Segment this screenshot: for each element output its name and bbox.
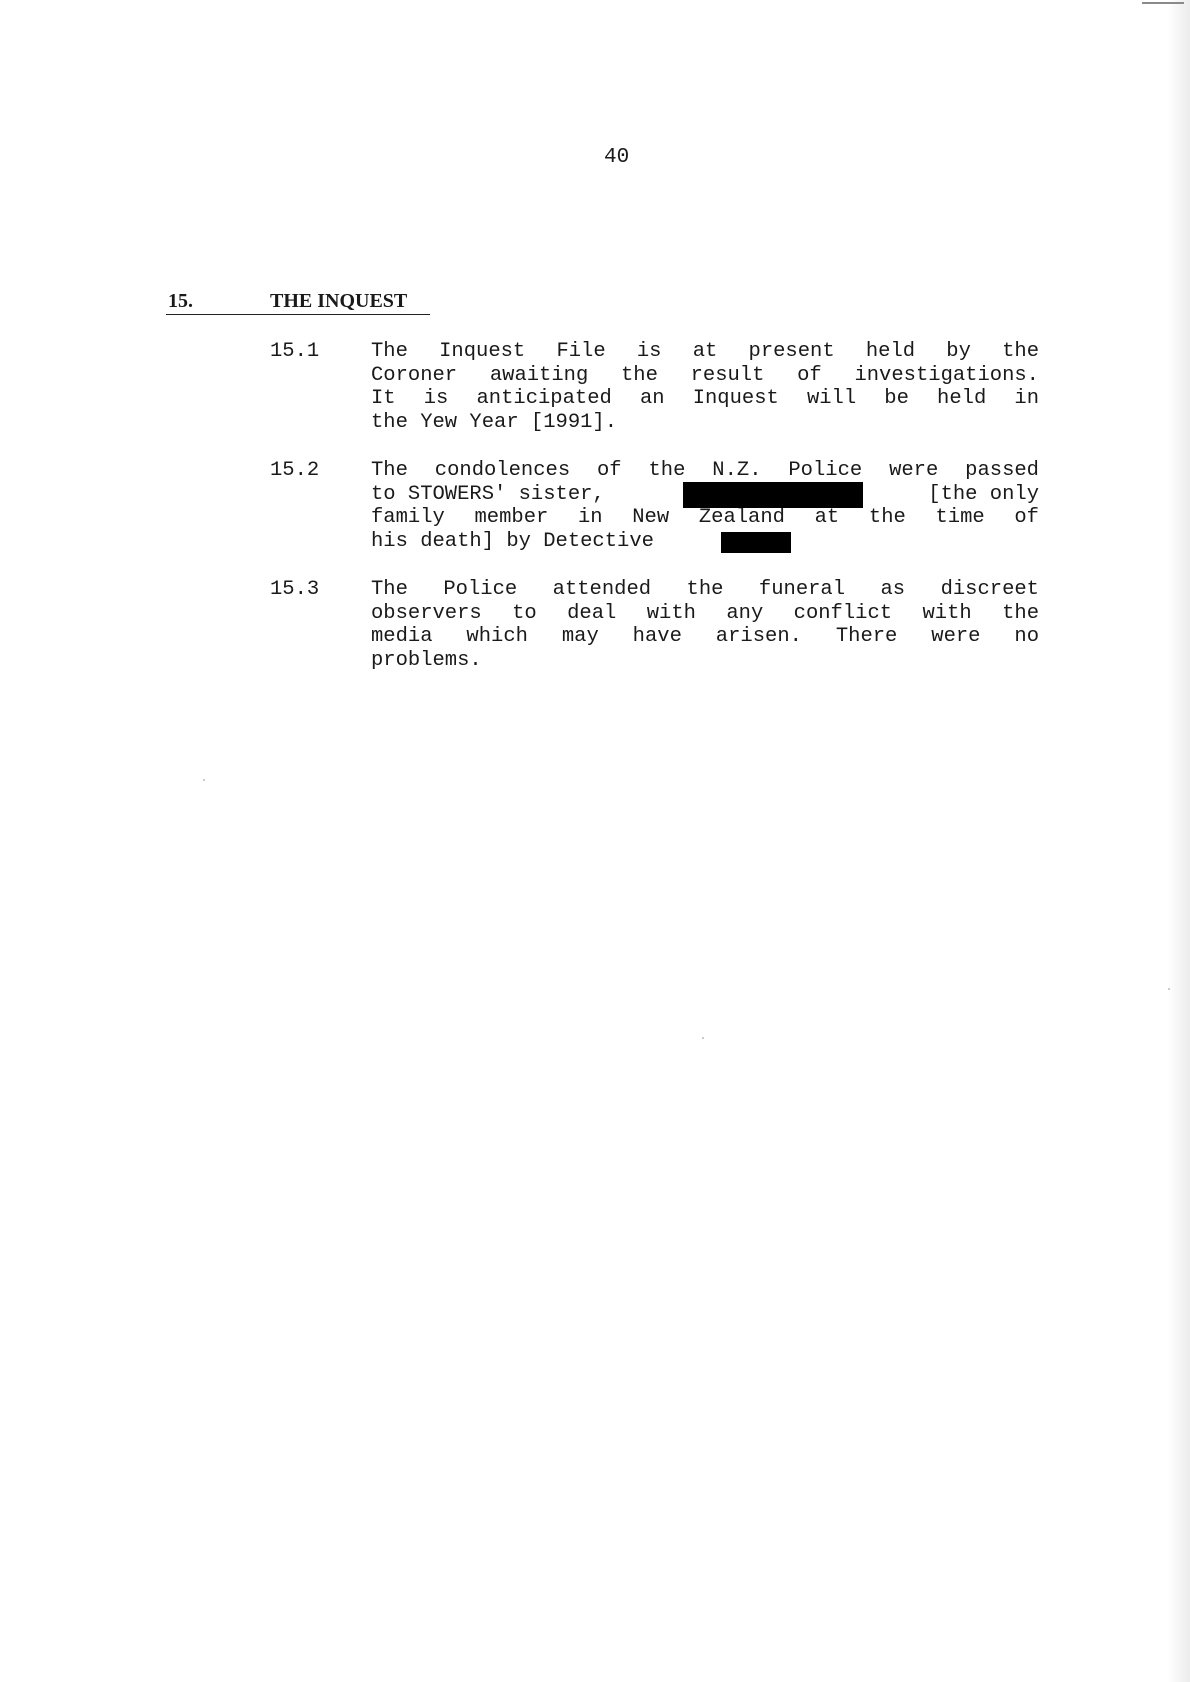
paragraph-text: The condolences of the N.Z. Police were …: [371, 459, 1039, 553]
page-number: 40: [604, 146, 629, 169]
text-line: to STOWERS' sister, [the only: [371, 483, 1039, 507]
paragraph-text: The Inquest File is at present held by t…: [371, 340, 1039, 434]
text-line: problems.: [371, 649, 1039, 673]
section-underline: [166, 314, 430, 315]
text-line: his death] by Detective: [371, 530, 1039, 554]
paragraph-number: 15.1: [270, 340, 319, 364]
text-line: the Yew Year [1991].: [371, 411, 1039, 435]
text-line: media which may have arisen. There were …: [371, 625, 1039, 649]
scan-mark: [1142, 2, 1184, 8]
redaction-block: [721, 532, 791, 553]
paragraph-text: The Police attended the funeral as discr…: [371, 578, 1039, 672]
text-line: family member in New Zealand at the time…: [371, 506, 1039, 530]
scan-speck: [702, 1037, 704, 1039]
section-title: THE INQUEST: [270, 290, 407, 313]
paragraph-number: 15.3: [270, 578, 319, 602]
page-edge-shadow: [1168, 0, 1190, 1682]
text-line: The condolences of the N.Z. Police were …: [371, 459, 1039, 483]
redaction-block: [683, 482, 863, 508]
text-line: observers to deal with any conflict with…: [371, 602, 1039, 626]
text-fragment: [the only: [928, 483, 1039, 507]
text-line: The Police attended the funeral as discr…: [371, 578, 1039, 602]
text-fragment: to STOWERS' sister,: [371, 483, 605, 506]
text-line: It is anticipated an Inquest will be hel…: [371, 387, 1039, 411]
text-line: Coroner awaiting the result of investiga…: [371, 364, 1039, 388]
text-line: The Inquest File is at present held by t…: [371, 340, 1039, 364]
scan-speck: [203, 779, 205, 781]
section-number: 15.: [168, 290, 193, 313]
text-fragment: his death] by Detective: [371, 530, 654, 553]
paragraph-number: 15.2: [270, 459, 319, 483]
scan-speck: [1168, 988, 1170, 990]
